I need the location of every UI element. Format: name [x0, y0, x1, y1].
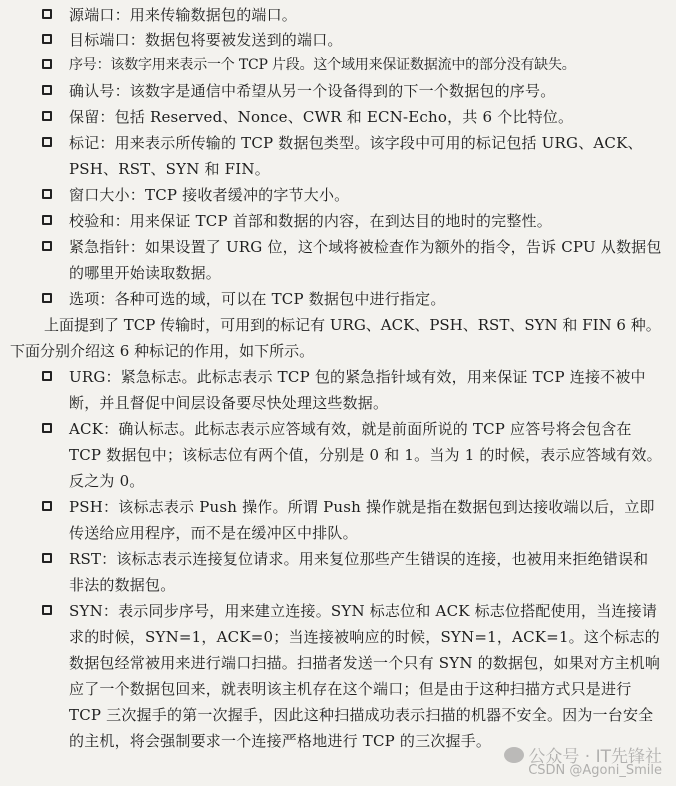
- list-item-text: 紧急指针：如果设置了 URG 位，这个域将被检查作为额外的指令，告诉 CPU 从…: [42, 234, 662, 286]
- intro-paragraph: 上面提到了 TCP 传输时，可用到的标记有 URG、ACK、PSH、RST、SY…: [10, 312, 665, 364]
- list-item: 窗口大小：TCP 接收者缓冲的字节大小。: [42, 182, 662, 208]
- watermark: 公众号 · IT先锋社 CSDN @Agoni_Smile: [504, 742, 662, 778]
- list-item: 保留：包括 Reserved、Nonce、CWR 和 ECN-Echo，共 6 …: [42, 104, 662, 130]
- list-item-text: 源端口：用来传输数据包的端口。: [42, 2, 662, 28]
- watermark-author: CSDN @Agoni_Smile: [504, 763, 662, 778]
- wechat-icon: [504, 747, 524, 763]
- list-item: 序号：该数字用来表示一个 TCP 片段。这个域用来保证数据流中的部分没有缺失。: [42, 52, 662, 78]
- list-item: SYN：表示同步序号，用来建立连接。SYN 标志位和 ACK 标志位搭配使用，当…: [42, 598, 662, 754]
- list-item: 源端口：用来传输数据包的端口。: [42, 2, 662, 28]
- list-item: 校验和：用来保证 TCP 首部和数据的内容，在到达目的地时的完整性。: [42, 208, 662, 234]
- checkbox-bullet-icon: [42, 241, 52, 251]
- list-item-text: 标记：用来表示所传输的 TCP 数据包类型。该字段中可用的标记包括 URG、AC…: [42, 130, 662, 182]
- list-item-text: 确认号：该数字是通信中希望从另一个设备得到的下一个数据包的序号。: [42, 78, 662, 104]
- checkbox-bullet-icon: [42, 605, 52, 615]
- list-item-text: 校验和：用来保证 TCP 首部和数据的内容，在到达目的地时的完整性。: [42, 208, 662, 234]
- list-item: ACK：确认标志。此标志表示应答域有效，就是前面所说的 TCP 应答号将会包含在…: [42, 416, 662, 494]
- checkbox-bullet-icon: [42, 553, 52, 563]
- list-item-text: 序号：该数字用来表示一个 TCP 片段。这个域用来保证数据流中的部分没有缺失。: [42, 52, 662, 78]
- list-item-text: SYN：表示同步序号，用来建立连接。SYN 标志位和 ACK 标志位搭配使用，当…: [42, 598, 662, 754]
- list-item: 选项：各种可选的域，可以在 TCP 数据包中进行指定。: [42, 286, 662, 312]
- checkbox-bullet-icon: [42, 85, 52, 95]
- list-item-text: URG：紧急标志。此标志表示 TCP 包的紧急指针域有效，用来保证 TCP 连接…: [42, 364, 662, 416]
- checkbox-bullet-icon: [42, 293, 52, 303]
- list-item: 目标端口：数据包将要被发送到的端口。: [42, 27, 662, 53]
- list-item-text: 选项：各种可选的域，可以在 TCP 数据包中进行指定。: [42, 286, 662, 312]
- list-item: RST：该标志表示连接复位请求。用来复位那些产生错误的连接，也被用来拒绝错误和非…: [42, 546, 662, 598]
- checkbox-bullet-icon: [42, 501, 52, 511]
- list-item-text: 窗口大小：TCP 接收者缓冲的字节大小。: [42, 182, 662, 208]
- checkbox-bullet-icon: [42, 423, 52, 433]
- list-item-text: PSH：该标志表示 Push 操作。所谓 Push 操作就是指在数据包到达接收端…: [42, 494, 662, 546]
- checkbox-bullet-icon: [42, 9, 52, 19]
- checkbox-bullet-icon: [42, 59, 52, 69]
- list-item: URG：紧急标志。此标志表示 TCP 包的紧急指针域有效，用来保证 TCP 连接…: [42, 364, 662, 416]
- list-item-text: RST：该标志表示连接复位请求。用来复位那些产生错误的连接，也被用来拒绝错误和非…: [42, 546, 662, 598]
- list-item-text: 目标端口：数据包将要被发送到的端口。: [42, 27, 662, 53]
- list-item: 标记：用来表示所传输的 TCP 数据包类型。该字段中可用的标记包括 URG、AC…: [42, 130, 662, 182]
- list-item-text: 保留：包括 Reserved、Nonce、CWR 和 ECN-Echo，共 6 …: [42, 104, 662, 130]
- checkbox-bullet-icon: [42, 34, 52, 44]
- list-item-text: ACK：确认标志。此标志表示应答域有效，就是前面所说的 TCP 应答号将会包含在…: [42, 416, 662, 494]
- list-item: 紧急指针：如果设置了 URG 位，这个域将被检查作为额外的指令，告诉 CPU 从…: [42, 234, 662, 286]
- checkbox-bullet-icon: [42, 137, 52, 147]
- list-item: PSH：该标志表示 Push 操作。所谓 Push 操作就是指在数据包到达接收端…: [42, 494, 662, 546]
- checkbox-bullet-icon: [42, 215, 52, 225]
- checkbox-bullet-icon: [42, 111, 52, 121]
- list-item: 确认号：该数字是通信中希望从另一个设备得到的下一个数据包的序号。: [42, 78, 662, 104]
- document-page: 源端口：用来传输数据包的端口。 目标端口：数据包将要被发送到的端口。 序号：该数…: [0, 0, 676, 786]
- checkbox-bullet-icon: [42, 371, 52, 381]
- checkbox-bullet-icon: [42, 189, 52, 199]
